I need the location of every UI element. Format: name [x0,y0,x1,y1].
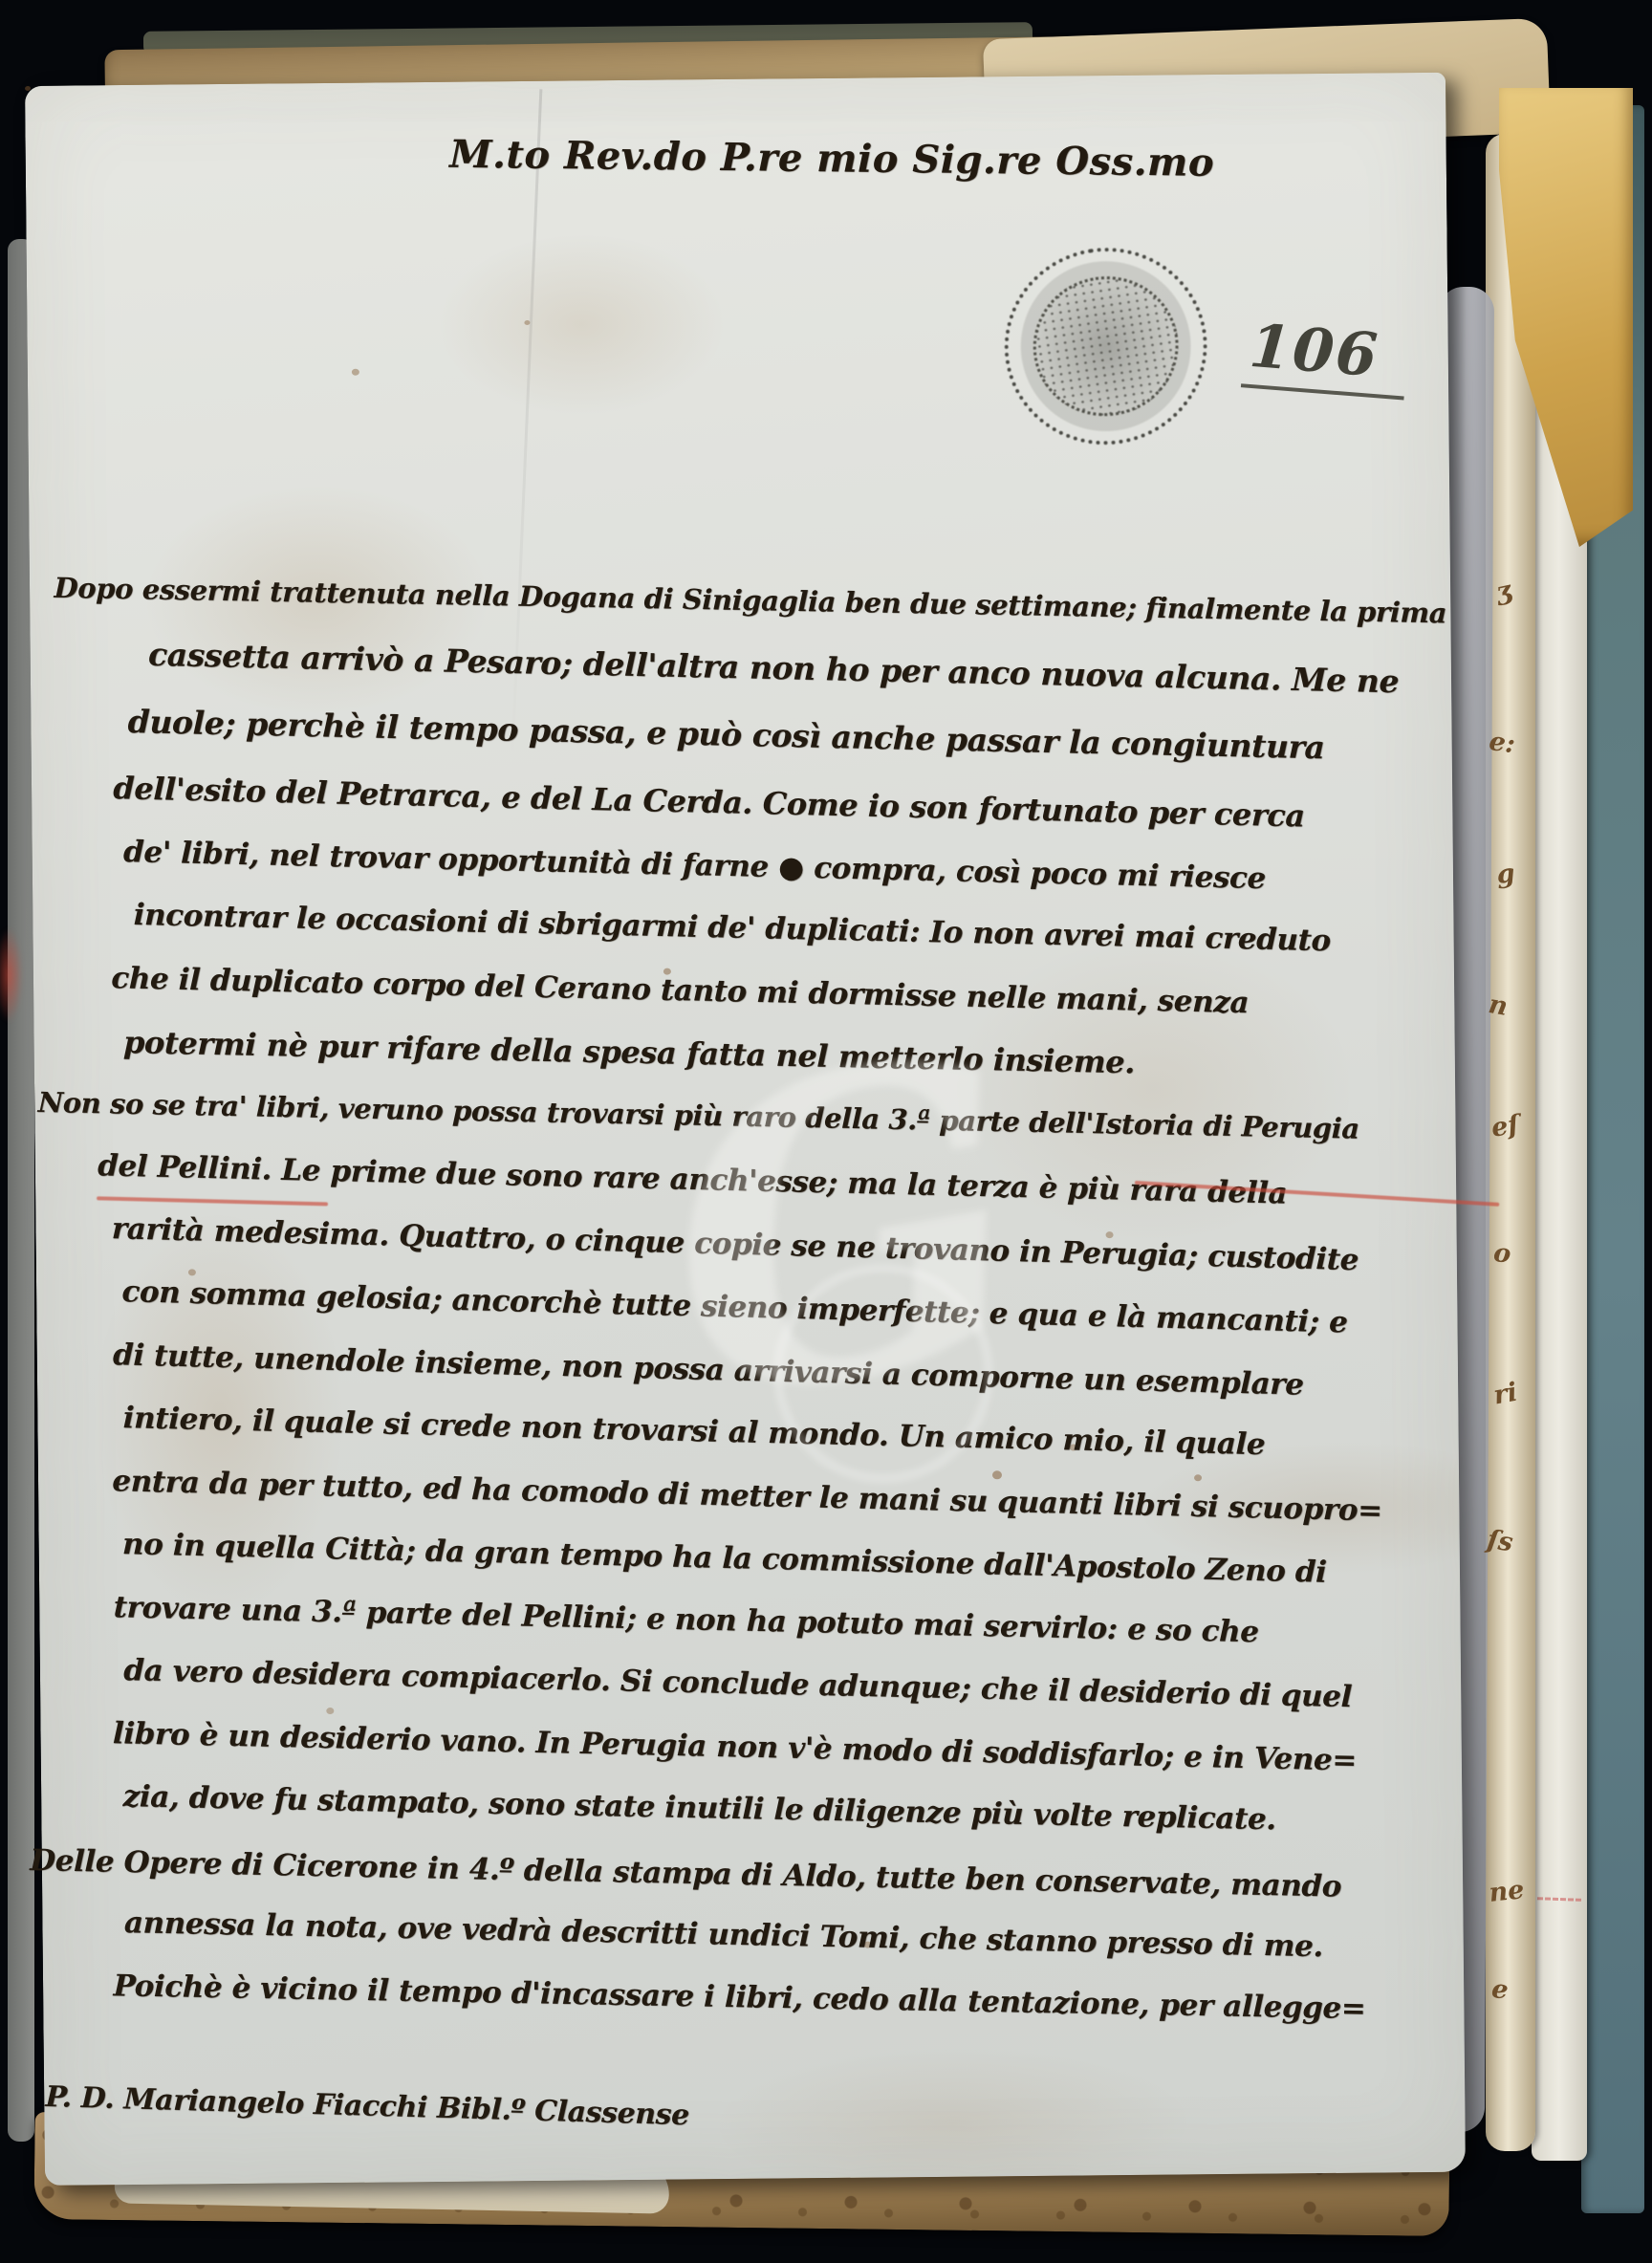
adjacent-page-text-fragment: ne [1488,1875,1526,1908]
manuscript-line: annessa la nota, ove vedrà descritti und… [124,1905,1324,1964]
folio-number: 106 [1241,310,1410,400]
adjacent-page-text-fragment: ri [1491,1378,1519,1411]
manuscript-line: de' libri, nel trovar opportunità di far… [123,835,1267,896]
manuscript-line: libro è un desiderio vano. In Perugia no… [113,1716,1358,1777]
manuscript-line: Poichè è vicino il tempo d'incassare i l… [113,1969,1365,2026]
adjacent-page-text-fragment: o [1492,1238,1512,1270]
adjacent-page-text-fragment: e [1490,1974,1510,2006]
adjacent-page-text-fragment: eſ [1489,1110,1521,1143]
adjacent-page-text-fragment: g [1495,859,1516,890]
red-smudge [0,927,23,1023]
manuscript-line: da vero desidera compiacerlo. Si conclud… [123,1653,1352,1714]
manuscript-line: cassetta arrivò a Pesaro; dell'altra non… [148,636,1400,701]
manuscript-photo: M.to Rev.do P.re mio Sig.re Oss.mo 106 D… [0,0,1652,2263]
librarian-note: P. D. Mariangelo Fiacchi Bibl.º Classens… [45,2080,689,2132]
manuscript-line: zia, dove fu stampato, sono state inutil… [122,1779,1276,1837]
manuscript-line: che il duplicato corpo del Cerano tanto … [111,961,1250,1020]
red-underline-mark [97,1196,328,1206]
manuscript-line: no in quella Città; da gran tempo ha la … [122,1527,1327,1590]
manuscript-line: Delle Opere di Cicerone in 4.º della sta… [30,1843,1341,1904]
manuscript-line: dell'esito del Petrarca, e del La Cerda.… [113,770,1305,834]
foxing-spots [25,86,31,91]
manuscript-line: incontrar le occasioni di sbrigarmi de' … [133,898,1331,958]
manuscript-line: Dopo essermi trattenuta nella Dogana di … [54,572,1446,630]
manuscript-line: duole; perchè il tempo passa, e può così… [127,703,1325,766]
faint-watermark-ring [772,1262,994,1484]
manuscript-line: trovare una 3.ª parte del Pellini; e non… [113,1590,1259,1649]
adjacent-page-text-fragment: ſs [1486,1525,1515,1557]
manuscript-page: M.to Rev.do P.re mio Sig.re Oss.mo 106 D… [25,73,1466,2186]
circular-ink-stamp-icon [991,234,1221,459]
manuscript-line: intiero, il quale si crede non trovarsi … [122,1401,1265,1462]
adjacent-page-text-fragment: e: [1488,727,1517,759]
salutation-line: M.to Rev.do P.re mio Sig.re Oss.mo [449,132,1214,185]
